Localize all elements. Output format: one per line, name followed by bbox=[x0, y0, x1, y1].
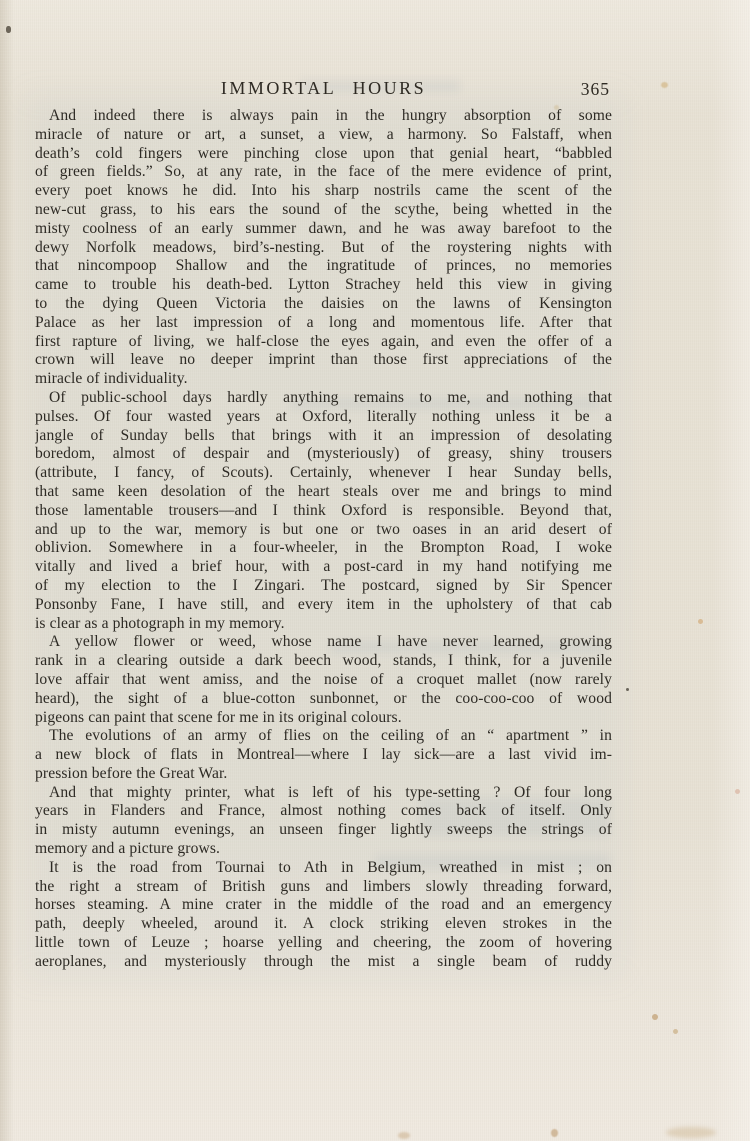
text-line: the right a stream of British guns and l… bbox=[35, 878, 612, 897]
book-page: IMMORTAL HOURS 365 And indeed there is a… bbox=[0, 0, 750, 1141]
scan-speck bbox=[6, 26, 11, 33]
text-line: those lamentable trousers—and I think Ox… bbox=[35, 502, 612, 521]
paragraph: Of public-school days hardly anything re… bbox=[35, 389, 612, 633]
page-number: 365 bbox=[581, 79, 610, 100]
paragraph: A yellow flower or weed, whose name I ha… bbox=[35, 633, 612, 727]
text-line: of green fields.” So, at any rate, in th… bbox=[35, 163, 612, 182]
text-line: first rapture of living, we half-close t… bbox=[35, 333, 612, 352]
text-line: aeroplanes, and mysteriously through the… bbox=[35, 953, 612, 972]
text-line: pression before the Great War. bbox=[35, 765, 612, 784]
text-line: miracle of nature or art, a sunset, a vi… bbox=[35, 126, 612, 145]
text-line: that nincompoop Shallow and the ingratit… bbox=[35, 257, 612, 276]
foxing-spot bbox=[661, 82, 668, 88]
ink-speck bbox=[626, 688, 629, 691]
text-line: oblivion. Somewhere in a four-wheeler, i… bbox=[35, 539, 612, 558]
text-line: every poet knows he did. Into his sharp … bbox=[35, 182, 612, 201]
paragraph: The evolutions of an army of flies on th… bbox=[35, 727, 612, 783]
text-line: horses steaming. A mine crater in the mi… bbox=[35, 896, 612, 915]
text-line: miracle of individuality. bbox=[35, 370, 612, 389]
foxing-spot bbox=[398, 1132, 410, 1139]
text-line: Palace as her last impression of a long … bbox=[35, 314, 612, 333]
text-line: rank in a clearing outside a dark beech … bbox=[35, 652, 612, 671]
foxing-spot bbox=[735, 789, 740, 794]
text-line: in misty autumn evenings, an unseen fing… bbox=[35, 821, 612, 840]
text-line: A yellow flower or weed, whose name I ha… bbox=[35, 633, 612, 652]
text-line: of my election to the I Zingari. The pos… bbox=[35, 577, 612, 596]
text-line: that same keen desolation of the heart s… bbox=[35, 483, 612, 502]
text-line: And that mighty printer, what is left of… bbox=[35, 784, 612, 803]
text-line: dewy Norfolk meadows, bird’s-nesting. Bu… bbox=[35, 239, 612, 258]
text-line: pulses. Of four wasted years at Oxford, … bbox=[35, 408, 612, 427]
text-line: years in Flanders and France, almost not… bbox=[35, 802, 612, 821]
foxing-spot bbox=[666, 1127, 716, 1138]
text-line: misty coolness of an early summer dawn, … bbox=[35, 220, 612, 239]
foxing-spot bbox=[673, 1029, 678, 1034]
text-line: and up to the war, memory is but one or … bbox=[35, 521, 612, 540]
foxing-spot bbox=[551, 1129, 558, 1137]
page-title: IMMORTAL HOURS bbox=[35, 78, 612, 99]
text-line: Of public-school days hardly anything re… bbox=[35, 389, 612, 408]
text-line: new-cut grass, to his ears the sound of … bbox=[35, 201, 612, 220]
text-line: memory and a picture grows. bbox=[35, 840, 612, 859]
foxing-spot bbox=[698, 619, 703, 624]
text-line: And indeed there is always pain in the h… bbox=[35, 107, 612, 126]
text-line: boredom, almost of despair and (mysterio… bbox=[35, 445, 612, 464]
text-line: love affair that went amiss, and the noi… bbox=[35, 671, 612, 690]
running-head: IMMORTAL HOURS 365 bbox=[35, 78, 612, 100]
page-body: And indeed there is always pain in the h… bbox=[35, 107, 612, 972]
text-line: It is the road from Tournai to Ath in Be… bbox=[35, 859, 612, 878]
text-line: came to trouble his death-bed. Lytton St… bbox=[35, 276, 612, 295]
text-line: path, deeply wheeled, around it. A clock… bbox=[35, 915, 612, 934]
paragraph: And that mighty printer, what is left of… bbox=[35, 784, 612, 859]
text-line: (attribute, I fancy, of Scouts). Certain… bbox=[35, 464, 612, 483]
text-line: death’s cold fingers were pinching close… bbox=[35, 145, 612, 164]
text-line: is clear as a photograph in my memory. bbox=[35, 615, 612, 634]
text-line: crown will leave no deeper imprint than … bbox=[35, 351, 612, 370]
text-line: The evolutions of an army of flies on th… bbox=[35, 727, 612, 746]
text-line: vitally and lived a brief hour, with a p… bbox=[35, 558, 612, 577]
text-line: Ponsonby Fane, I have still, and every i… bbox=[35, 596, 612, 615]
text-line: to the dying Queen Victoria the daisies … bbox=[35, 295, 612, 314]
text-line: heard), the sight of a blue-cotton sunbo… bbox=[35, 690, 612, 709]
paragraph: And indeed there is always pain in the h… bbox=[35, 107, 612, 389]
text-line: a new block of flats in Montreal—where I… bbox=[35, 746, 612, 765]
paragraph: It is the road from Tournai to Ath in Be… bbox=[35, 859, 612, 972]
text-line: little town of Leuze ; hoarse yelling an… bbox=[35, 934, 612, 953]
text-line: pigeons can paint that scene for me in i… bbox=[35, 709, 612, 728]
foxing-spot bbox=[652, 1014, 658, 1020]
text-line: jangle of Sunday bells that brings with … bbox=[35, 427, 612, 446]
